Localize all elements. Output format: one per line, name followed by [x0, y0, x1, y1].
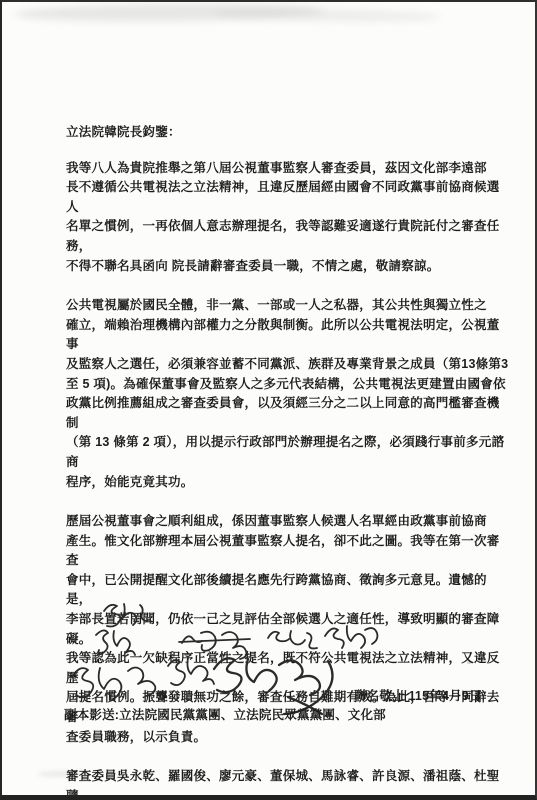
signature-6: [72, 668, 163, 701]
signature-3: [179, 632, 250, 659]
signers-list: 審查委員吳永乾、羅國俊、廖元豪、董保城、馬詠睿、許良源、潘祖蔭、杜聖聰: [66, 767, 512, 800]
salutation: 立法院韓院長鈞鑒：: [66, 123, 512, 143]
cc-line: 副本影送:立法院國民黨黨團、立法院民眾黨黨團、文化部: [64, 705, 386, 723]
signature-4: [268, 631, 317, 648]
signature-2: [96, 630, 135, 655]
paragraph-1: 我等八人為貴院推舉之第八屆公視董事監察人審查委員，茲因文化部李遠部 長不遵循公共…: [66, 159, 512, 277]
signature-7: [168, 658, 214, 685]
paragraph-2: 公共電視屬於國民全體，非一黨、一部或一人之私器，其公共性與獨立性之 確立，端賴治…: [66, 296, 512, 492]
closing-date: 聯名敬上 115年4月9日: [354, 686, 482, 704]
scanned-letter-page: 立法院韓院長鈞鑒： 我等八人為貴院推舉之第八屆公視董事監察人審查委員，茲因文化部…: [0, 0, 537, 800]
scan-smudge-top-2: [212, 7, 442, 23]
signature-5: [325, 626, 377, 648]
signature-1: [104, 604, 147, 627]
